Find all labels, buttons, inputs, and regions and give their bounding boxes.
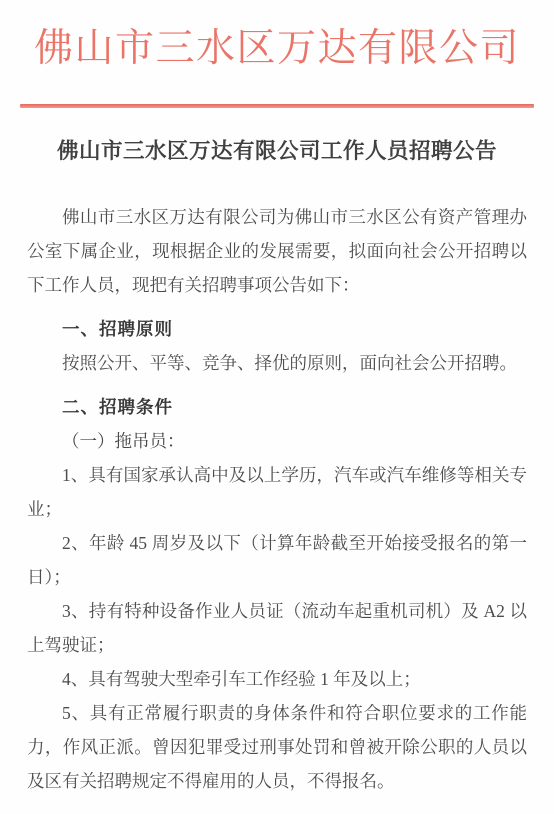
condition-item-5: 5、具有正常履行职责的身体条件和符合职位要求的工作能力，作风正派。曾因犯罪受过刑…: [27, 696, 527, 798]
intro-paragraph: 佛山市三水区万达有限公司为佛山市三水区公有资产管理办公室下属企业，现根据企业的发…: [27, 200, 527, 302]
letterhead: 佛山市三水区万达有限公司: [0, 26, 554, 71]
letterhead-company-name: 佛山市三水区万达有限公司: [0, 26, 554, 71]
letterhead-divider-rule: [20, 104, 534, 108]
document-body: 佛山市三水区万达有限公司为佛山市三水区公有资产管理办公室下属企业，现根据企业的发…: [27, 200, 527, 798]
section-heading-2: 二、招聘条件: [27, 390, 527, 424]
condition-item-2: 2、年龄 45 周岁及以下（计算年龄截至开始接受报名的第一日）；: [27, 526, 527, 594]
section-heading-1: 一、招聘原则: [27, 312, 527, 346]
document-title: 佛山市三水区万达有限公司工作人员招聘公告: [10, 135, 544, 167]
condition-item-4: 4、具有驾驶大型牵引车工作经验 1 年及以上；: [27, 662, 527, 696]
document-page: 佛山市三水区万达有限公司 佛山市三水区万达有限公司工作人员招聘公告 佛山市三水区…: [0, 0, 554, 814]
section-1-body: 按照公开、平等、竞争、择优的原则，面向社会公开招聘。: [27, 346, 527, 380]
condition-item-1: 1、具有国家承认高中及以上学历，汽车或汽车维修等相关专业；: [27, 458, 527, 526]
subsection-heading-post: （一）拖吊员：: [27, 424, 527, 458]
condition-item-3: 3、持有特种设备作业人员证（流动车起重机司机）及 A2 以上驾驶证；: [27, 594, 527, 662]
